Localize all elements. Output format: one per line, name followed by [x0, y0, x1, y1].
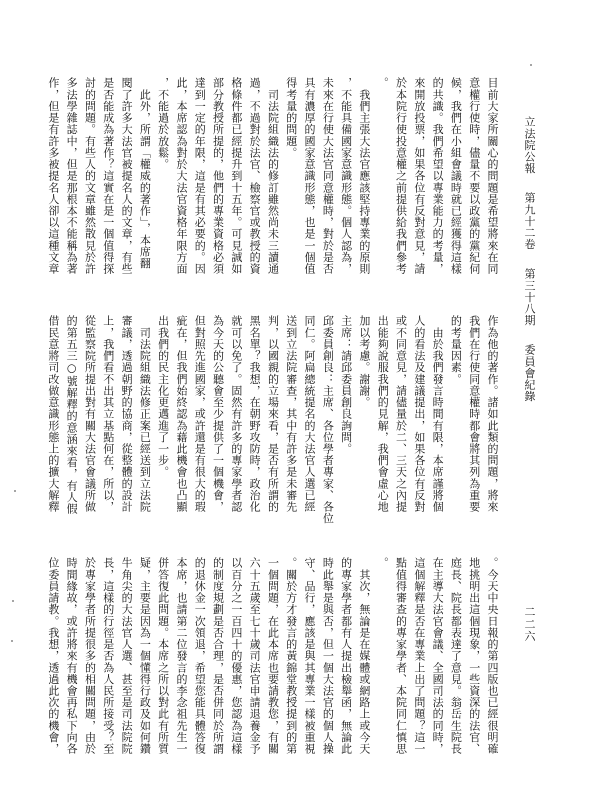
- speaker-line-chair: 主席：請邱委員創良詢問。: [336, 315, 354, 515]
- text-column: 就可以免了。固然有許多的專家學者認: [227, 315, 245, 515]
- text-column: 由於我們發言時間有限，本席謹將個: [428, 315, 446, 515]
- text-column: 的共識。我們希望以專業能力的考量，: [428, 77, 446, 277]
- section-label: 委員會紀錄: [523, 344, 536, 402]
- text-column: 作，但是有許多被提名人卻以這種文章: [44, 77, 62, 277]
- text-column: 出能夠說服我們的見解，我們會虛心地: [373, 315, 391, 515]
- text-column: 過，不過對於法官、檢察官或教授的資: [245, 77, 263, 277]
- text-column: 此，本席認為對於大法官資格年限方面: [172, 77, 190, 277]
- text-column: 的第五三○號解釋的意涵來看，有人假: [62, 315, 80, 515]
- text-column: 候，我們在小組會議時就已經獲得這樣: [446, 77, 464, 277]
- text-column: 牛角尖的大法官人選、甚至是司法院院: [117, 557, 135, 757]
- text-column: 閱了許多大法官被提名人的文章，有些: [117, 77, 135, 277]
- text-column: 守、品行，應該是與其專業一樣被重視: [300, 557, 318, 757]
- text-column: 此外，所謂「權威的著作」，本席翻: [135, 77, 153, 277]
- text-column: 本席，也請第二位發言的李念祖先生一: [172, 557, 190, 757]
- scan-speck: [530, 64, 532, 66]
- issue-label: 第三十八期: [523, 268, 536, 326]
- text-column: 於本院行使投意權之前提供給我們參考: [391, 77, 409, 277]
- page-number: 二二六: [521, 606, 537, 646]
- text-column: 的考量因素。: [446, 315, 464, 515]
- text-column: 我們主張大法官應該堅持專業的原則: [355, 77, 373, 277]
- text-column: 來開放投票，如果各位有反對意見，請: [410, 77, 428, 277]
- publication-title: 立法院公報: [523, 116, 536, 174]
- text-column: 於專家學者所提很多的相關問題，由於: [80, 557, 98, 757]
- text-column: 同仁。阿扁總統提名的大法官人選已經: [300, 315, 318, 515]
- text-column: 以百分之一百四十的優惠，您認為這樣: [227, 557, 245, 757]
- scan-speck: [14, 490, 16, 492]
- text-column: 多法學雜誌中，但是那根本不能稱為著: [62, 77, 80, 277]
- text-column: 併答復此問題。本席之所以對此有所質: [153, 557, 171, 757]
- text-column: 一個問題，在此本席也要請教您，有關: [263, 557, 281, 757]
- text-column: 送到立法院審查，其中有許多是未審先: [281, 315, 299, 515]
- text-column: 的專家學者都有人提出檢舉函，無論此: [336, 557, 354, 757]
- text-column: 達到一定的年限，這是有其必要的。因: [190, 77, 208, 277]
- text-column: ，不能具備國家意識形態。個人認為，: [336, 77, 354, 277]
- text-band-top: 目前大家所關心的問題是希望將來在同 意權行使時，儘量不要以政黨的黨紀伺 候，我們…: [43, 77, 501, 277]
- text-column: 格條件都已經提升到十五年。可見誠如: [227, 77, 245, 277]
- text-column: 未來在行使大法官同意權時，對於是否: [318, 77, 336, 277]
- text-column: 部分教授所提的，他們的專業資格必須: [208, 77, 226, 277]
- text-column: 具有濃厚的國家意識形態，也是一個值: [300, 77, 318, 277]
- text-column: 出我們的民主化更邁進了一步。: [153, 315, 171, 515]
- text-column: 位委員請教。我想，透過此次的機會，: [44, 557, 62, 757]
- volume-label: 第九十二卷: [523, 192, 536, 250]
- text-column: 從監察院所提出對有關大法官會議所做: [80, 315, 98, 515]
- scan-speck: [12, 600, 14, 602]
- text-column: 點值得審查的專家學者、本院同仁慎思: [391, 557, 409, 757]
- text-column: 借民意將司改做意識形態上的擴大解釋: [44, 315, 62, 515]
- text-column: 疵在，但我們始終認為藉此機會也凸顯: [172, 315, 190, 515]
- text-column: 目前大家所關心的問題是希望將來在同: [483, 77, 501, 277]
- text-column: 地挑明出這個現象，一些資深的法官、: [464, 557, 482, 757]
- text-column: 。: [373, 77, 391, 277]
- text-column: 。: [373, 557, 391, 757]
- text-column: 長，這樣的行徑是否為人民所接受？至: [98, 557, 116, 757]
- text-column: 司法院組織法的修訂雖然尚未三讀通: [263, 77, 281, 277]
- text-column: 的退休金一次領退，希望您能具體答復: [190, 557, 208, 757]
- text-column: 上，我們看不出其立基點何在，所以，: [98, 315, 116, 515]
- speaker-line-chiu: 邱委員創良：主席、各位學者專家、各位: [318, 315, 336, 515]
- text-column: 。關於方才發言的黃錦堂教授提到的第: [281, 557, 299, 757]
- text-column: 時此舉是與否，但一個大法官的個人操: [318, 557, 336, 757]
- text-column: 加以考慮。謝謝。: [355, 315, 373, 515]
- running-header: 立法院公報第九十二卷第三十八期委員會紀錄: [521, 116, 537, 416]
- text-column: 庭長、院長都表達了意見。翁岳生院長: [446, 557, 464, 757]
- text-column: ，不能過於放鬆。: [153, 77, 171, 277]
- text-column: 司法院組織法修正案已經送到立法院: [135, 315, 153, 515]
- text-band-bottom: 。今天中央日報的第四版也已經很明確 地挑明出這個現象，一些資深的法官、 庭長、院…: [43, 557, 501, 757]
- text-column: 審議，透過朝野的協商，從整體的設計: [117, 315, 135, 515]
- text-column: 黑名單？我想，在朝野攻防時，政治化: [245, 315, 263, 515]
- text-column: 作為他的著作。諸如此類的問題，將來: [483, 315, 501, 515]
- text-column: 疑，主要是因為一個懂得行政及如何鑽: [135, 557, 153, 757]
- text-column: 意權行使時，儘量不要以政黨的黨紀伺: [464, 77, 482, 277]
- text-column: 我們在行使同意權時都會將其列為重要: [464, 315, 482, 515]
- text-column: 其次，無論是在媒體或網路上或今天: [355, 557, 373, 757]
- text-column: 但對照先進國家，或許還是有很大的瑕: [190, 315, 208, 515]
- text-column: 人的看法及建議提出，如果各位有反對: [410, 315, 428, 515]
- text-column: 六十五歲至七十歲司法官申請退養金予: [245, 557, 263, 757]
- scan-speck: [11, 640, 13, 642]
- text-column: 在主導大法官會議、全國司法的同時，: [428, 557, 446, 757]
- document-page: 立法院公報第九十二卷第三十八期委員會紀錄 二二六 目前大家所關心的問題是希望將來…: [0, 0, 600, 793]
- text-column: 得考量的問題。: [281, 77, 299, 277]
- header-spacer: [529, 326, 530, 344]
- text-column: 討的問題。有些人的文章雖然散見於許: [80, 77, 98, 277]
- header-spacer: [529, 250, 530, 268]
- text-column: 是否能成為著作？這實在是一個值得探: [98, 77, 116, 277]
- text-column: 為今天的公聽會至少提供了一個機會，: [208, 315, 226, 515]
- text-column: 或不同意見，請儘量於二、三天之內提: [391, 315, 409, 515]
- text-column: 。今天中央日報的第四版也已經很明確: [483, 557, 501, 757]
- text-band-middle: 作為他的著作。諸如此類的問題，將來 我們在行使同意權時都會將其列為重要 的考量因…: [43, 315, 501, 515]
- text-column: 的制度規劃是否合理，是否併同於所謂: [208, 557, 226, 757]
- header-spacer: [529, 174, 530, 192]
- text-column: 這個解釋是否在專業上出了問題？這一: [410, 557, 428, 757]
- text-column: 時間緣故，或許將來有機會再私下向各: [62, 557, 80, 757]
- text-column: 判，以國親的立場來看，是否有所謂的: [263, 315, 281, 515]
